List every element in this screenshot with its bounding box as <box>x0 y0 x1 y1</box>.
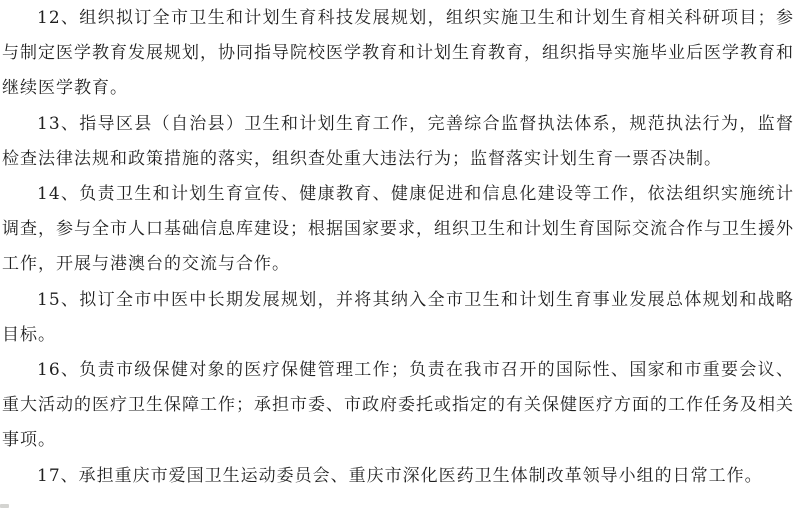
paragraph-item-13: 13、指导区县（自治县）卫生和计划生育工作，完善综合监督执法体系，规范执法行为，… <box>2 107 794 177</box>
bottom-left-artifact <box>0 504 9 508</box>
document-body: 12、组织拟订全市卫生和计划生育科技发展规划，组织实施卫生和计划生育相关科研项目… <box>0 0 797 494</box>
paragraph-item-14: 14、负责卫生和计划生育宣传、健康教育、健康促进和信息化建设等工作，依法组织实施… <box>2 177 794 283</box>
paragraph-item-12: 12、组织拟订全市卫生和计划生育科技发展规划，组织实施卫生和计划生育相关科研项目… <box>2 1 794 107</box>
paragraph-item-16: 16、负责市级保健对象的医疗保健管理工作；负责在我市召开的国际性、国家和市重要会… <box>2 353 794 459</box>
paragraph-item-15: 15、拟订全市中医中长期发展规划，并将其纳入全市卫生和计划生育事业发展总体规划和… <box>2 283 794 353</box>
paragraph-item-17: 17、承担重庆市爱国卫生运动委员会、重庆市深化医药卫生体制改革领导小组的日常工作… <box>2 459 794 494</box>
